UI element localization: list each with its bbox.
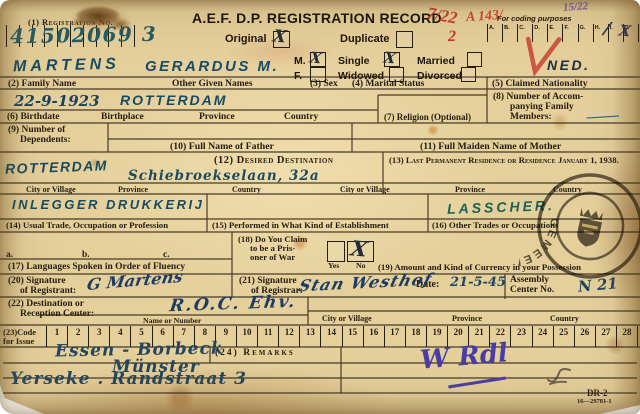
city-or-village-label-2: City or Village [340,185,390,194]
remarks-label: (24) Remarks [215,348,295,358]
family-members-value: — [584,105,621,127]
family-name-label: (2) Family Name [8,79,76,89]
registrar-signature-label-line1: (21) Signature [239,276,297,286]
divorced-checkbox [461,67,476,82]
coding-label: For coding purposes [497,14,572,23]
country-label-1: Country [284,112,318,122]
father-label: (10) Full Name of Father [170,141,274,152]
destination-street-value: Schiebroekselaan, 32a [128,168,320,184]
no-label: No [356,261,366,270]
abc-label-a: a. [6,250,13,260]
marital-status-label: (4) Marital Status [352,79,424,89]
red-digit-note: 2 [448,28,456,46]
dest-center-label-line1: (22) Destination or [8,299,84,309]
country-label-2: Country [232,185,261,194]
abc-label-c: c. [163,250,170,260]
print-code: 16—29781-1 [577,398,612,405]
single-label: Single [338,55,370,67]
aef-dp-registration-card: (1) Registration No. 41502069 3 A.E.F. D… [0,0,640,414]
small-scribble [546,364,576,386]
province-label-1: Province [199,112,235,122]
sex-m-label: M. [294,55,306,67]
birthdate-label: (6) Birthdate [7,112,60,122]
usual-trade-label: (14) Usual Trade, Occupation or Professi… [6,220,168,230]
country-label-4: Country [550,314,579,323]
assembly-label-line2: Center No. [510,285,554,295]
birthplace-value: ROTTERDAM [120,92,227,108]
given-names-value: GERARDUS M. [145,58,279,75]
dest-center-label-line2: Reception Center: [20,309,94,319]
code-issue-label-line2: for Issue [3,336,34,346]
family-members-label-line3: Members: [510,112,552,122]
married-checkbox [467,52,482,67]
form-code: DR-2 [587,388,608,398]
family-members-label-line1: (8) Number of Accom- [493,92,583,102]
yes-label: Yes [328,261,339,270]
red-code-note: A 143/ [465,8,503,27]
mother-label: (11) Full Maiden Name of Mother [420,141,561,152]
name-or-number-label: Name or Number [143,316,201,325]
registration-no-value: 41502069 3 [10,22,158,49]
red-check-mark [519,35,566,80]
original-label: Original [225,33,267,45]
province-label-2: Province [118,185,148,194]
family-members-label-line2: panying Family [510,102,574,112]
province-label-4: Province [452,314,482,323]
family-name-value: MARTENS [13,56,120,77]
stamp-crown [580,208,603,220]
desired-destination-label: (12) Desired Destination [214,155,333,166]
dependents-label-line2: Dependents: [20,135,71,145]
pow-yes-checkbox [327,241,345,262]
other-given-names-label: Other Given Names [172,79,253,89]
city-or-village-label-3: City or Village [322,314,372,323]
married-label: Married [417,55,455,67]
duplicate-label: Duplicate [340,33,390,45]
purple-fraction-note: 15/22 [563,0,589,14]
registrant-signature-label-line1: (20) Signature [8,276,66,286]
sex-f-label: F. [294,70,302,82]
usual-trade-value: INLEGGER DRUKKERIJ [12,197,204,212]
birthdate-value: 22-9-1923 [14,92,100,110]
form-title: A.E.F. D.P. REGISTRATION RECORD [192,10,432,26]
registrant-signature-label-line2: of Registrant: [20,286,76,296]
city-or-village-label-1: City or Village [26,185,76,194]
establishment-label: (15) Performed in What Kind of Establish… [212,220,389,230]
abc-label-b: b. [82,250,90,260]
dependents-label-line1: (9) Number of [8,125,65,135]
religion-label: (7) Religion (Optional) [384,112,471,122]
claimed-nationality-label: (5) Claimed Nationality [492,79,588,89]
sex-label: (3) Sex [310,79,338,89]
remarks-route-line3: Yerseke . Randstraat 3 [10,369,247,389]
birthplace-label: Birthplace [101,112,144,122]
date-value: 21-5-45 [450,275,506,290]
province-label-3: Province [455,185,485,194]
duplicate-checkbox [396,31,413,48]
pow-label-line3: oner of War [250,252,295,262]
